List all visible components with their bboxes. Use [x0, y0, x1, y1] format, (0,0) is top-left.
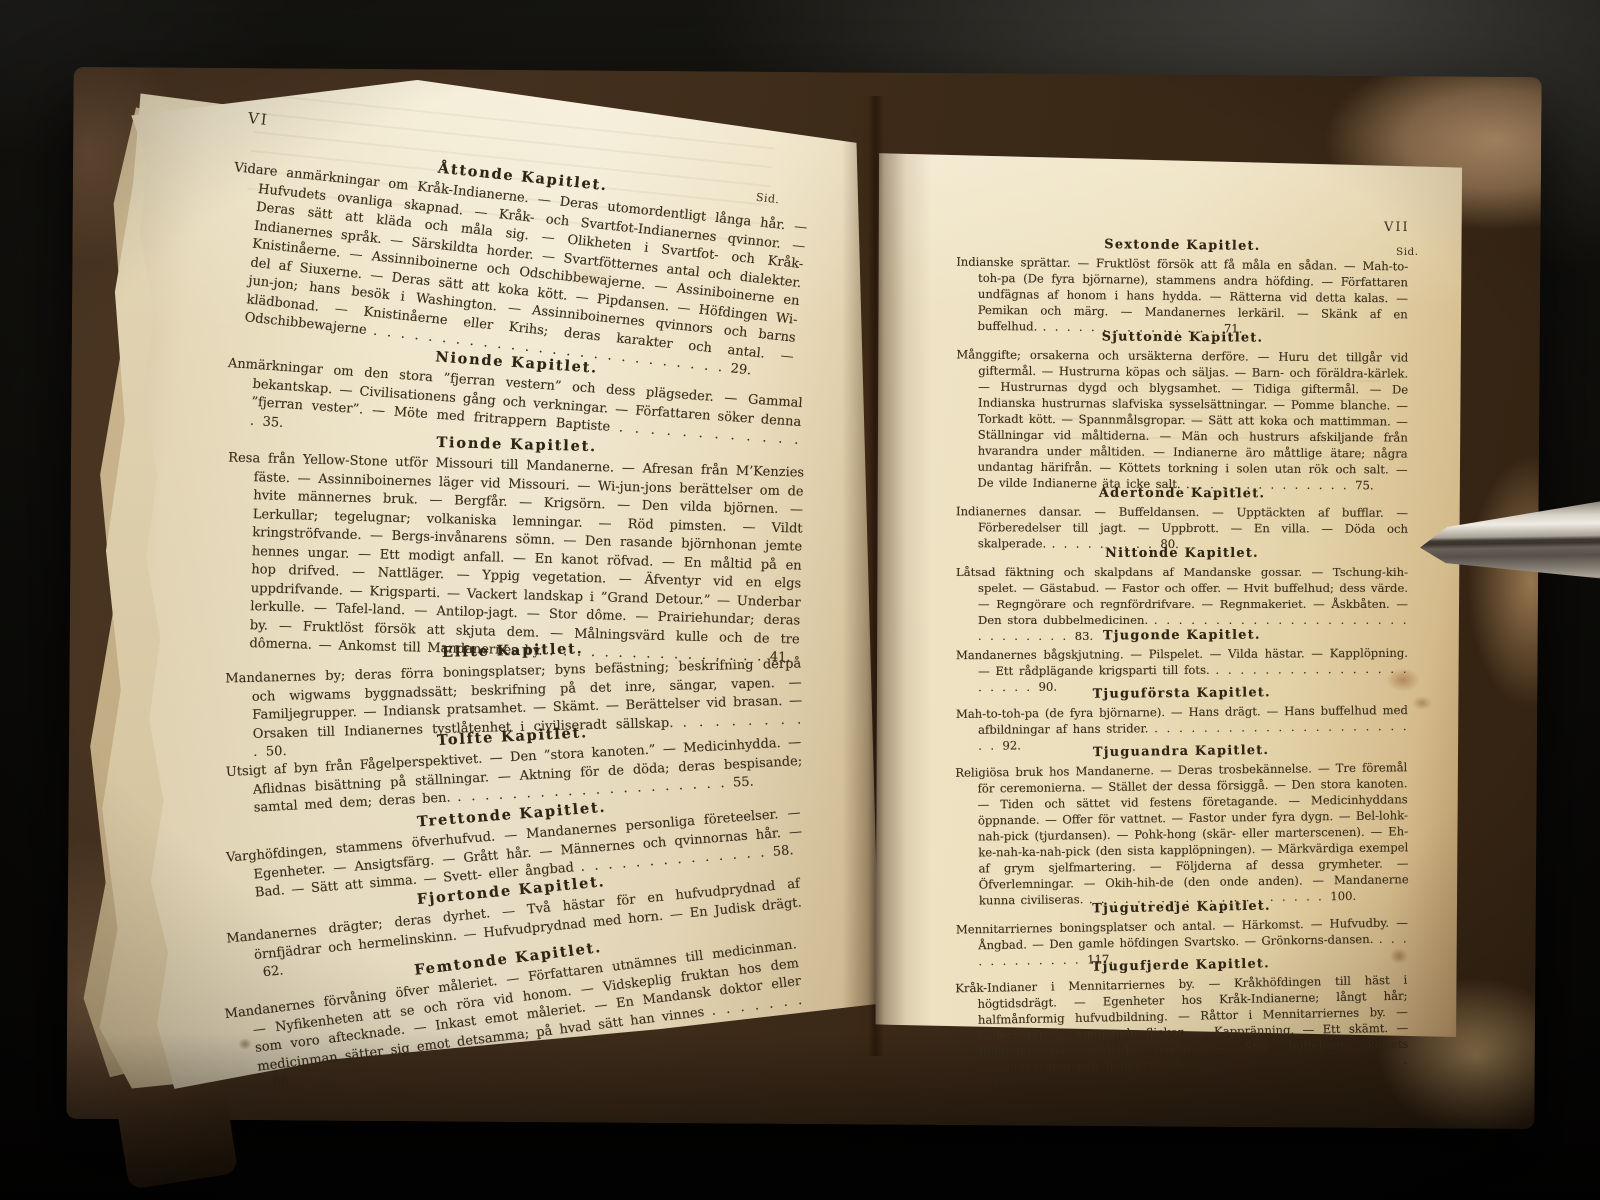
chapter-text: Indianske sprättar. — Fruktlöst försök a…: [955, 254, 1408, 339]
book-photo: VI Sid. VII Sid. Åttonde Kapitlet. Vidar…: [0, 0, 1600, 1200]
chapter-heading: Adertonde Kapitlet.: [956, 485, 1408, 502]
chapter-heading: Sjuttonde Kapitlet.: [956, 328, 1408, 346]
book-gutter-shadow: [842, 96, 906, 1056]
chapter-text-body: Religiösa bruk hos Mandanerne. — Deras t…: [955, 760, 1409, 907]
right-page-number: VII: [1384, 220, 1410, 235]
chapter-text: Månggifte; orsakerna och ursäkterna derf…: [955, 346, 1408, 493]
chapter-entry: Tionde Kapitlet. Resa från Yellow-Stone …: [223, 428, 805, 668]
chapter-entry: Sextonde Kapitlet. Indianske sprättar. —…: [955, 236, 1408, 339]
left-page-number: VI: [247, 109, 270, 129]
chapter-entry: Sjuttonde Kapitlet. Månggifte; orsakerna…: [955, 328, 1408, 493]
page-ref: 35.: [255, 414, 284, 431]
chapter-entry: Tjuguandra Kapitlet. Religiösa bruk hos …: [955, 741, 1409, 909]
chapter-heading: Tjugonde Kapitlet.: [956, 627, 1408, 644]
chapter-text-body: Månggifte; orsakerna och ursäkterna derf…: [956, 347, 1408, 491]
chapter-text-body: Resa från Yellow-Stone utför Missouri ti…: [228, 450, 804, 658]
chapter-text-body: Indianernes dansar. — Buffeldansen. — Up…: [956, 504, 1408, 550]
chapter-heading: Nittonde Kapitlet.: [956, 546, 1408, 561]
chapter-text-body: Mennitarriernes boningsplatser och antal…: [956, 915, 1408, 952]
chapter-heading: Tjuguförsta Kapitlet.: [956, 684, 1408, 703]
chapter-entry: Adertonde Kapitlet. Indianernes dansar. …: [956, 485, 1408, 553]
chapter-text: Religiösa bruk hos Mandanerne. — Deras t…: [955, 759, 1409, 909]
page-ref: 120.: [984, 1076, 1017, 1091]
page-ref: 66.: [264, 1074, 293, 1092]
chapter-entry: Tjugufjerde Kapitlet. Kråk-Indianer i Me…: [955, 954, 1409, 1093]
chapter-text: Kråk-Indianer i Mennitarriernes by. — Kr…: [955, 972, 1409, 1093]
chapter-text: Resa från Yellow-Stone utför Missouri ti…: [223, 449, 804, 668]
